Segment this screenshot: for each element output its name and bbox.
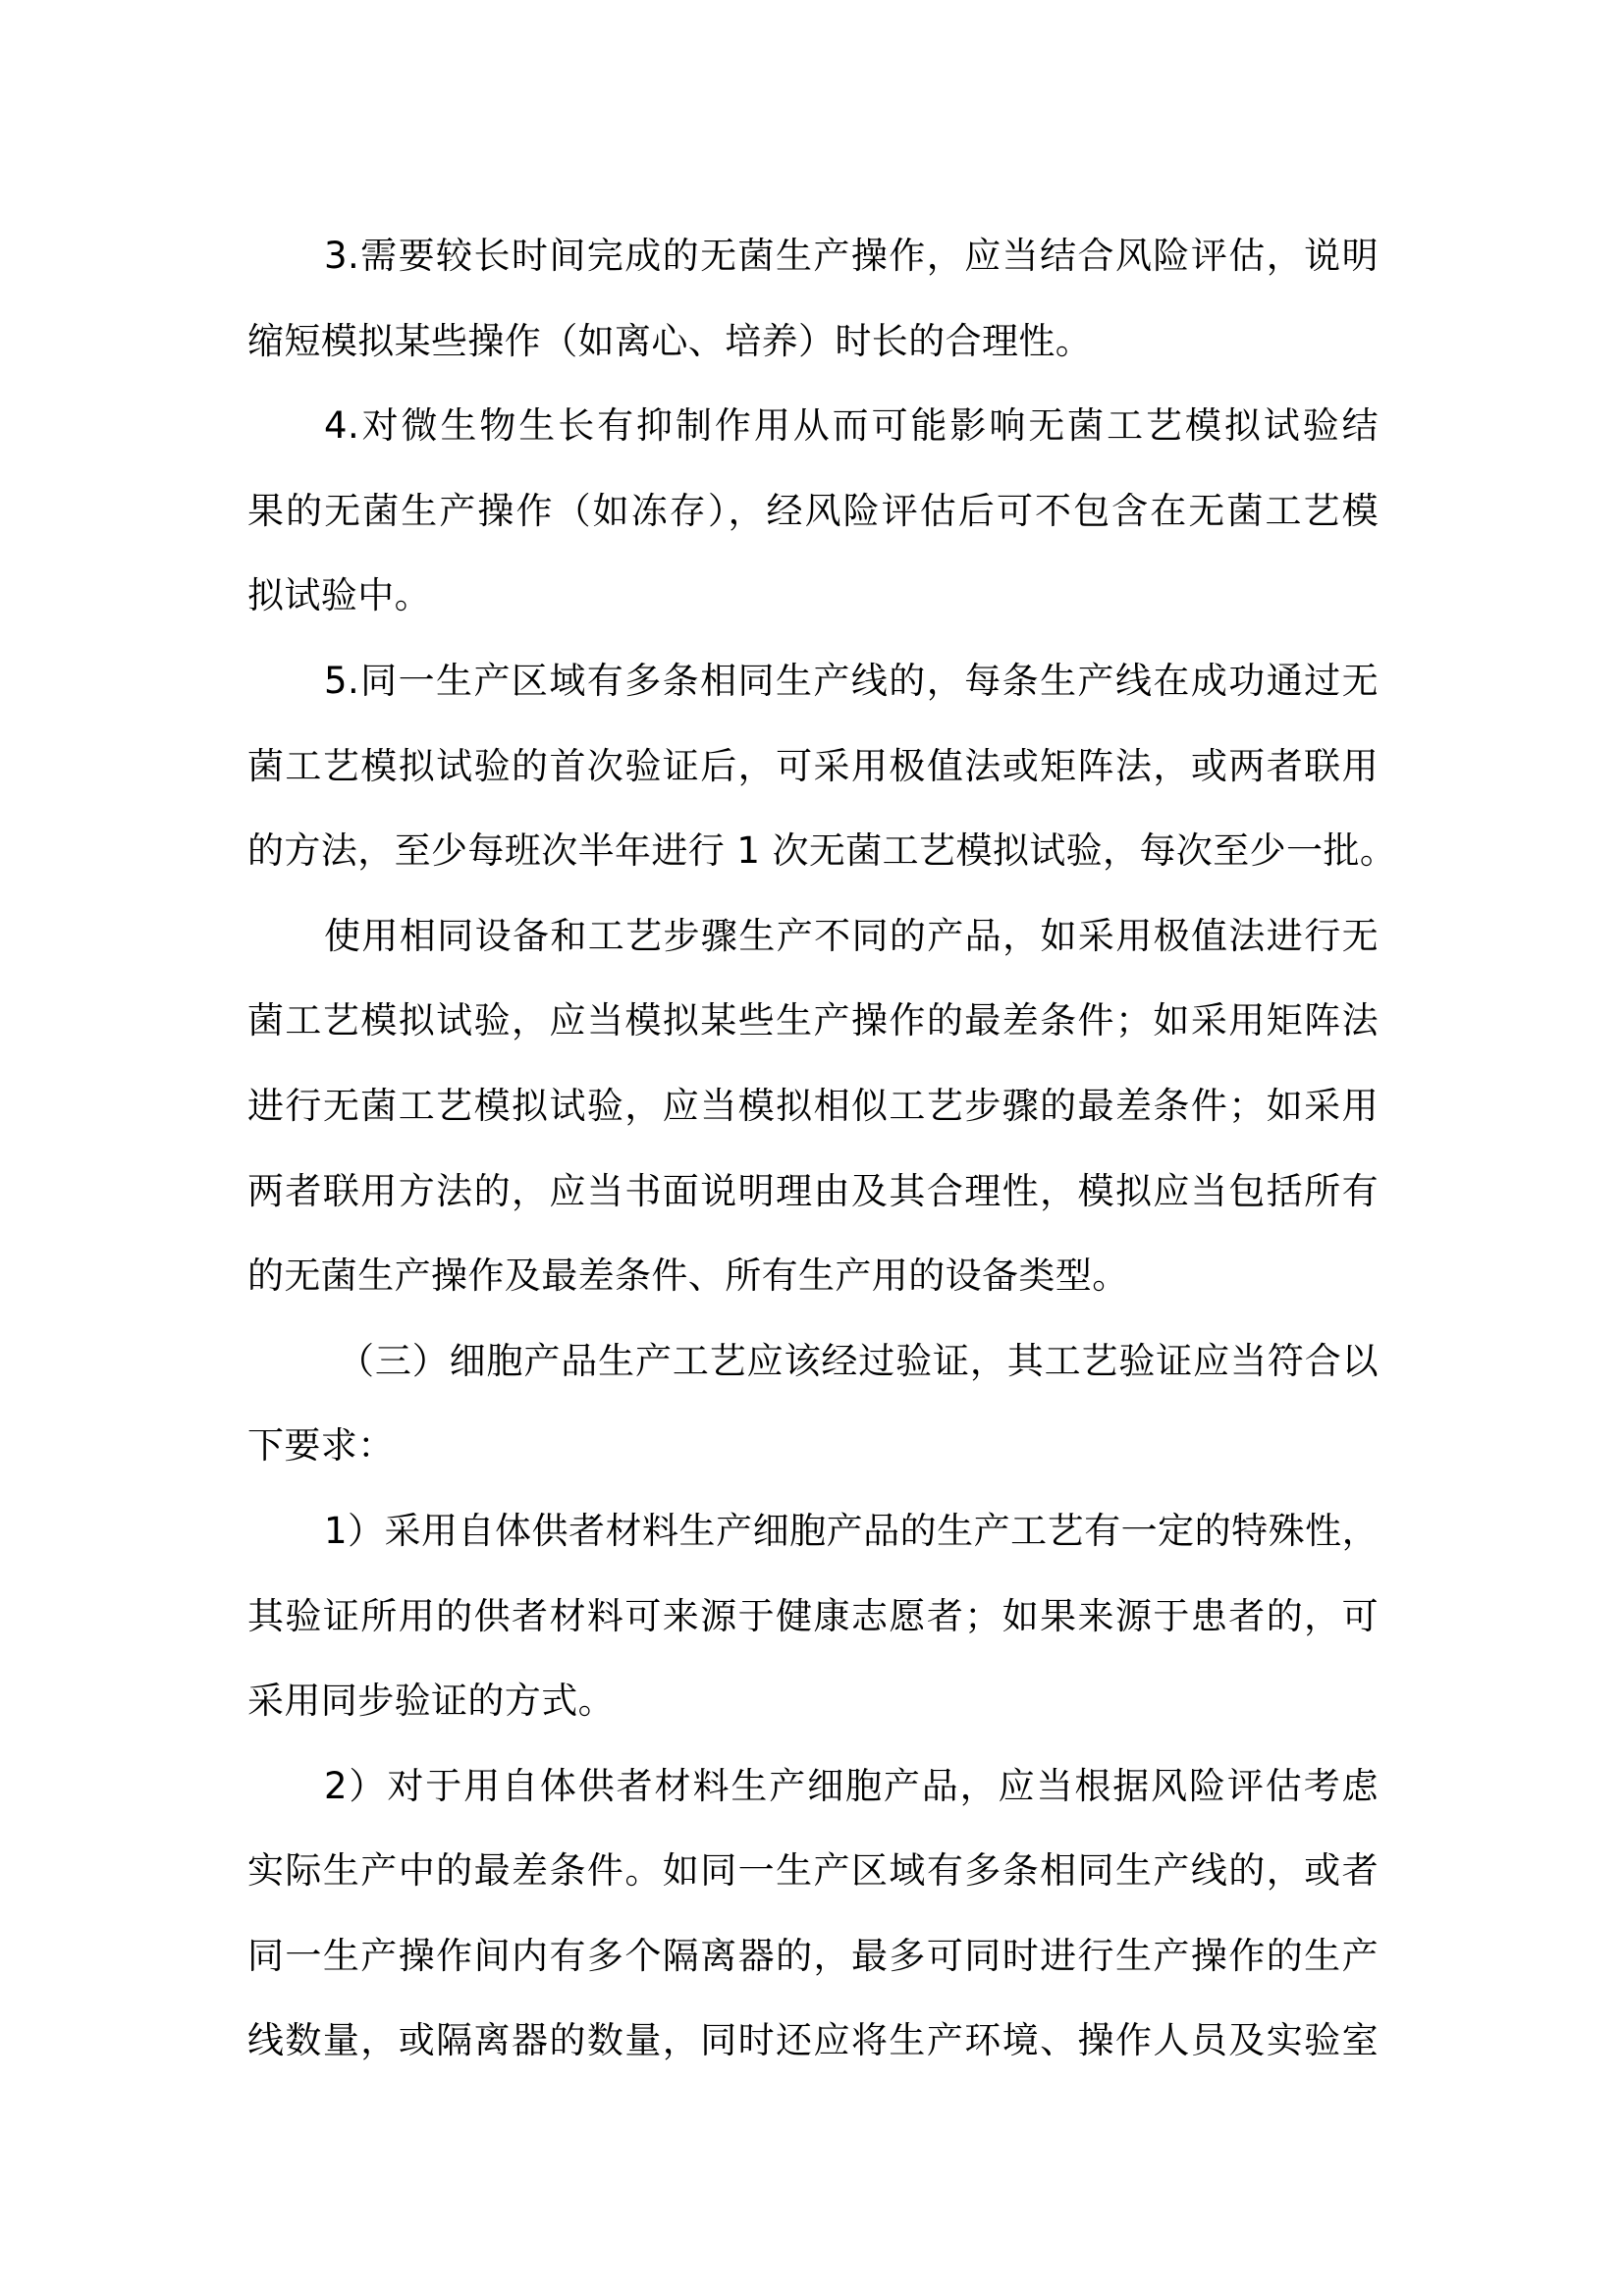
text-line: 下要求： xyxy=(247,1404,1379,1489)
section-heading-3: （三）细胞产品生产工艺应该经过验证，其工艺验证应当符合以 下要求： xyxy=(247,1319,1379,1489)
paragraph-item-4: 4.对微生物生长有抑制作用从而可能影响无菌工艺模拟试验结 果的无菌生产操作（如冻… xyxy=(247,384,1379,639)
paragraph-item-5-continued: 使用相同设备和工艺步骤生产不同的产品，如采用极值法进行无 菌工艺模拟试验，应当模… xyxy=(247,894,1379,1319)
text-line: 果的无菌生产操作（如冻存），经风险评估后可不包含在无菌工艺模 xyxy=(247,469,1379,555)
text-line: 2）对于用自体供者材料生产细胞产品，应当根据风险评估考虑 xyxy=(247,1744,1379,1830)
text-line: 进行无菌工艺模拟试验，应当模拟相似工艺步骤的最差条件；如采用 xyxy=(247,1064,1379,1149)
text-line: 实际生产中的最差条件。如同一生产区域有多条相同生产线的，或者 xyxy=(247,1829,1379,1914)
text-line: 5.同一生产区域有多条相同生产线的，每条生产线在成功通过无 xyxy=(247,639,1379,724)
text-line: 同一生产操作间内有多个隔离器的，最多可同时进行生产操作的生产 xyxy=(247,1914,1379,2000)
text-line: 两者联用方法的，应当书面说明理由及其合理性，模拟应当包括所有 xyxy=(247,1149,1379,1235)
text-line: 菌工艺模拟试验的首次验证后，可采用极值法或矩阵法，或两者联用 xyxy=(247,724,1379,810)
paragraph-item-3: 3.需要较长时间完成的无菌生产操作，应当结合风险评估，说明 缩短模拟某些操作（如… xyxy=(247,214,1379,384)
text-line: 菌工艺模拟试验，应当模拟某些生产操作的最差条件；如采用矩阵法 xyxy=(247,979,1379,1064)
text-line: 采用同步验证的方式。 xyxy=(247,1659,1379,1744)
paragraph-item-5: 5.同一生产区域有多条相同生产线的，每条生产线在成功通过无 菌工艺模拟试验的首次… xyxy=(247,639,1379,894)
text-line: 的方法，至少每班次半年进行 1 次无菌工艺模拟试验，每次至少一批。 xyxy=(247,809,1379,894)
text-line: 4.对微生物生长有抑制作用从而可能影响无菌工艺模拟试验结 xyxy=(247,384,1379,469)
text-line: 1）采用自体供者材料生产细胞产品的生产工艺有一定的特殊性， xyxy=(247,1489,1379,1575)
text-line: 的无菌生产操作及最差条件、所有生产用的设备类型。 xyxy=(247,1234,1379,1319)
text-line: 拟试验中。 xyxy=(247,554,1379,639)
document-page: 3.需要较长时间完成的无菌生产操作，应当结合风险评估，说明 缩短模拟某些操作（如… xyxy=(247,214,1379,2084)
paragraph-sub-item-2: 2）对于用自体供者材料生产细胞产品，应当根据风险评估考虑 实际生产中的最差条件。… xyxy=(247,1744,1379,2084)
paragraph-sub-item-1: 1）采用自体供者材料生产细胞产品的生产工艺有一定的特殊性， 其验证所用的供者材料… xyxy=(247,1489,1379,1744)
text-line: 3.需要较长时间完成的无菌生产操作，应当结合风险评估，说明 xyxy=(247,214,1379,299)
text-line: 其验证所用的供者材料可来源于健康志愿者；如果来源于患者的，可 xyxy=(247,1575,1379,1660)
text-line: 线数量，或隔离器的数量，同时还应将生产环境、操作人员及实验室 xyxy=(247,1999,1379,2084)
text-line: 使用相同设备和工艺步骤生产不同的产品，如采用极值法进行无 xyxy=(247,894,1379,980)
text-line: 缩短模拟某些操作（如离心、培养）时长的合理性。 xyxy=(247,299,1379,385)
text-line: （三）细胞产品生产工艺应该经过验证，其工艺验证应当符合以 xyxy=(247,1319,1379,1405)
